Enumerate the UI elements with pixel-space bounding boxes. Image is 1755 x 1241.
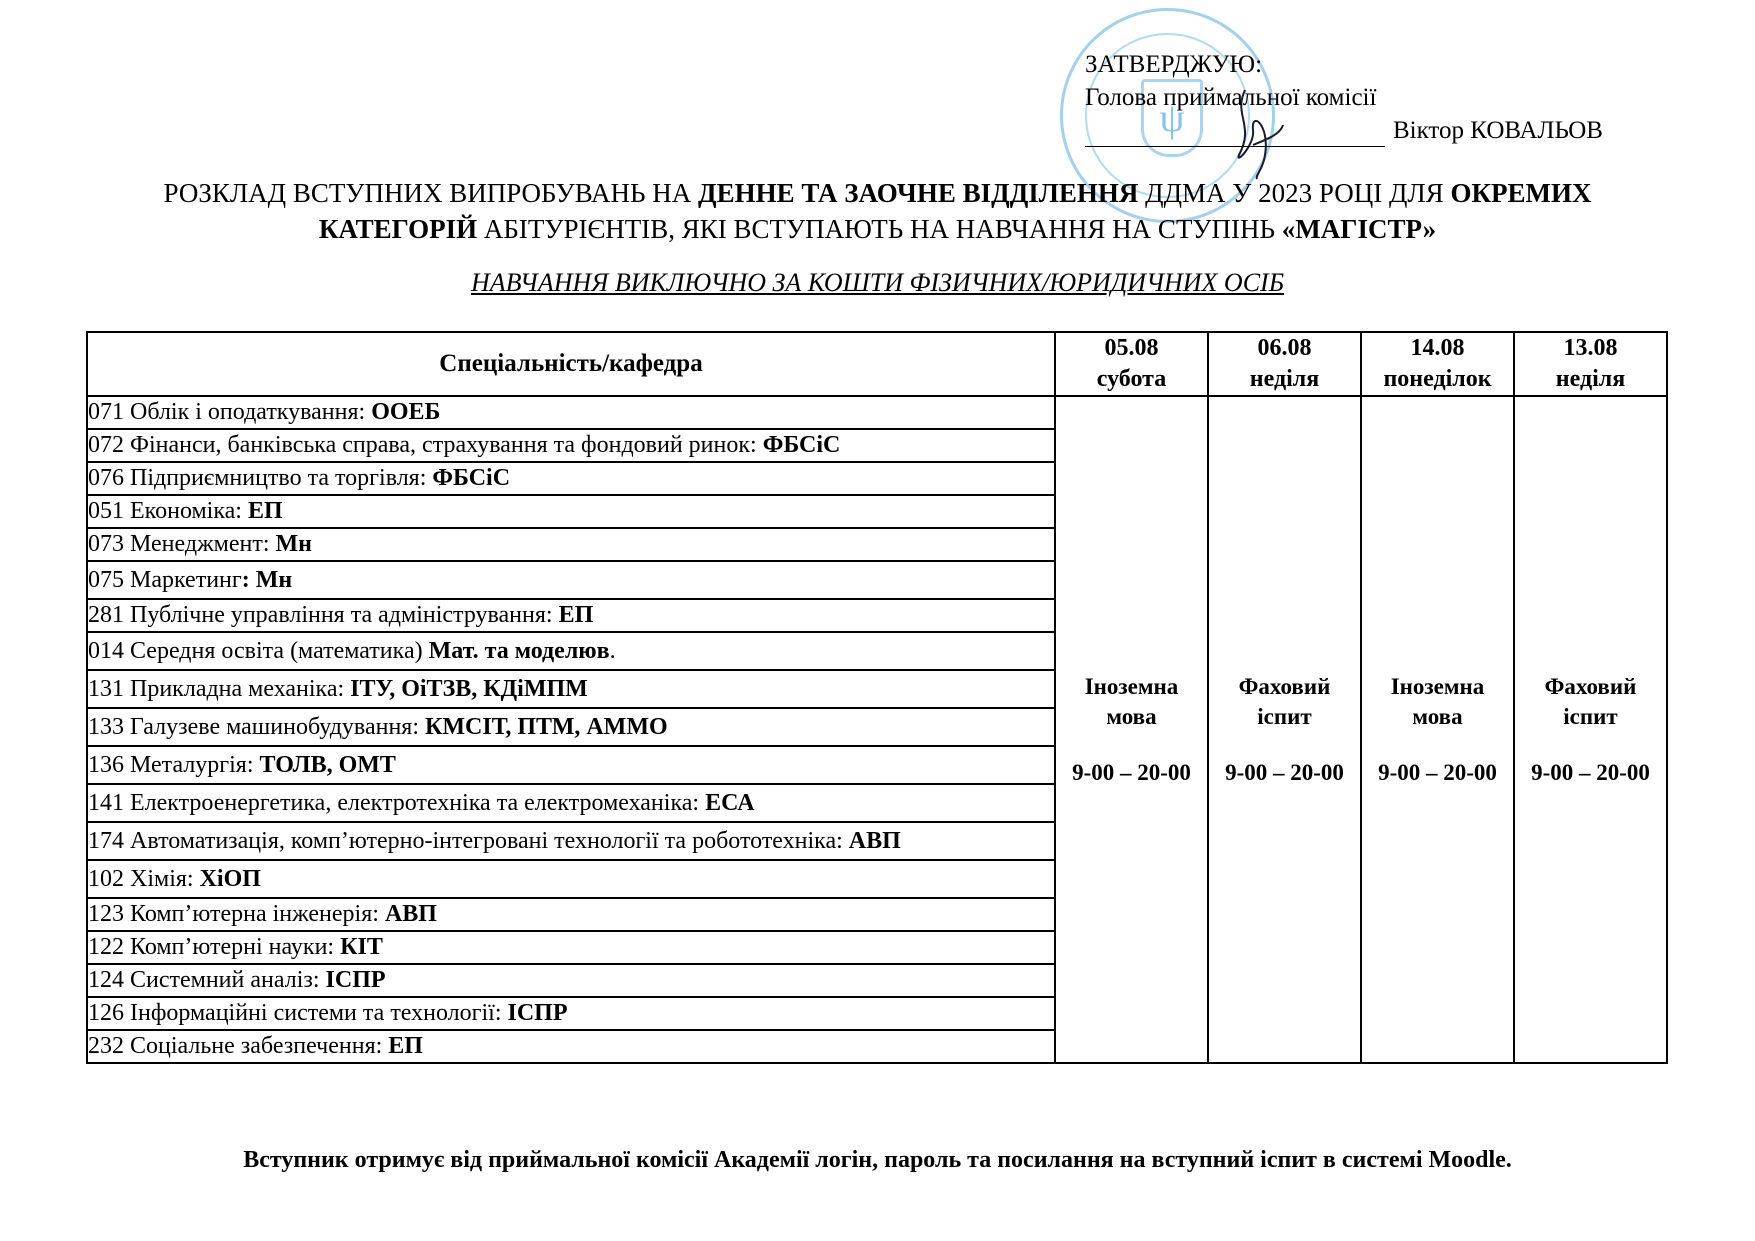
spec-column-header: Спеціальність/кафедра (87, 332, 1055, 396)
specialty-cell: 051 Економіка: ЕП (87, 495, 1055, 528)
specialty-name: 102 Хімія: (88, 866, 200, 892)
specialty-cell: 102 Хімія: ХіОП (87, 860, 1055, 898)
table-row: 071 Облік і оподаткування: ООЕБІноземнам… (87, 396, 1667, 429)
title-text: ДДМА У 2023 РОЦІ ДЛЯ (1138, 178, 1450, 208)
exam-cell: Фаховийіспит9-00 – 20-00 (1208, 396, 1361, 1063)
specialty-name: 075 Маркетинг (88, 567, 242, 593)
specialty-name: 014 Середня освіта (математика) (88, 638, 429, 664)
department-code: ФБСіС (432, 465, 510, 491)
specialty-name: 281 Публічне управління та адмініструван… (88, 602, 559, 628)
specialty-cell: 232 Соціальне забезпечення: ЕП (87, 1030, 1055, 1063)
specialty-cell: 126 Інформаційні системи та технології: … (87, 997, 1055, 1030)
date-column-header: 14.08понеділок (1361, 332, 1514, 396)
department-code: ІТУ, ОіТЗВ, КДіМПМ (350, 676, 588, 702)
department-code: ЕП (388, 1033, 423, 1059)
title-text: РОЗКЛАД ВСТУПНИХ ВИПРОБУВАНЬ НА (163, 178, 698, 208)
exam-cell: Іноземнамова9-00 – 20-00 (1361, 396, 1514, 1063)
exam-cell: Іноземнамова9-00 – 20-00 (1055, 396, 1208, 1063)
specialty-cell: 174 Автоматизація, комп’ютерно-інтегрова… (87, 822, 1055, 860)
approval-block: ЗАТВЕРДЖУЮ: Голова приймальної комісії В… (1085, 48, 1603, 147)
specialty-cell: 281 Публічне управління та адмініструван… (87, 599, 1055, 632)
department-code: АВП (385, 901, 437, 927)
specialty-cell: 122 Комп’ютерні науки: КІТ (87, 931, 1055, 964)
title-bold: КАТЕГОРІЙ (319, 214, 477, 244)
date-column-header: 13.08неділя (1514, 332, 1667, 396)
schedule-table: Спеціальність/кафедра 05.08субота 06.08н… (86, 331, 1668, 1064)
approver-position: Голова приймальної комісії (1085, 81, 1603, 114)
title-text: АБІТУРІЄНТІВ, ЯКІ ВСТУПАЮТЬ НА НАВЧАННЯ … (477, 214, 1282, 244)
department-code: : Мн (242, 567, 292, 593)
specialty-cell: 141 Електроенергетика, електротехніка та… (87, 784, 1055, 822)
specialty-name: 131 Прикладна механіка: (88, 676, 350, 702)
specialty-cell: 136 Металургія: ТОЛВ, ОМТ (87, 746, 1055, 784)
specialty-cell: 075 Маркетинг: Мн (87, 561, 1055, 599)
specialty-name: 051 Економіка: (88, 498, 248, 524)
date-column-header: 06.08неділя (1208, 332, 1361, 396)
exam-time: 9-00 – 20-00 (1209, 758, 1360, 788)
approve-label: ЗАТВЕРДЖУЮ: (1085, 48, 1603, 81)
specialty-cell: 124 Системний аналіз: ІСПР (87, 964, 1055, 997)
exam-time: 9-00 – 20-00 (1362, 758, 1513, 788)
date-column-header: 05.08субота (1055, 332, 1208, 396)
specialty-name: 136 Металургія: (88, 752, 260, 778)
exam-type: Фаховийіспит (1239, 674, 1331, 729)
specialty-name: 124 Системний аналіз: (88, 967, 326, 993)
footer-note: Вступник отримує від приймальної комісії… (0, 1147, 1755, 1174)
funding-subtitle: НАВЧАННЯ ВИКЛЮЧНО ЗА КОШТИ ФІЗИЧНИХ/ЮРИД… (0, 268, 1755, 298)
department-code: ЕП (559, 602, 594, 628)
department-code: КМСІТ, ПТМ, АММО (425, 714, 668, 740)
specialty-cell: 131 Прикладна механіка: ІТУ, ОіТЗВ, КДіМ… (87, 670, 1055, 708)
specialty-cell: 014 Середня освіта (математика) Мат. та … (87, 632, 1055, 670)
specialty-name: 072 Фінанси, банківська справа, страхува… (88, 432, 763, 458)
exam-type: Фаховийіспит (1545, 674, 1637, 729)
signature-line (1085, 122, 1385, 147)
department-code: Мн (276, 531, 312, 557)
department-code: ІСПР (508, 1000, 568, 1026)
specialty-name: 076 Підприємництво та торгівля: (88, 465, 432, 491)
approver-name: Віктор КОВАЛЬОВ (1393, 114, 1603, 147)
department-code: ЕП (248, 498, 283, 524)
specialty-cell: 076 Підприємництво та торгівля: ФБСіС (87, 462, 1055, 495)
document-title: РОЗКЛАД ВСТУПНИХ ВИПРОБУВАНЬ НА ДЕННЕ ТА… (0, 175, 1755, 247)
title-bold: ДЕННЕ ТА ЗАОЧНЕ ВІДДІЛЕННЯ (698, 178, 1138, 208)
title-bold: ОКРЕМИХ (1450, 178, 1591, 208)
specialty-name: 141 Електроенергетика, електротехніка та… (88, 790, 705, 816)
specialty-cell: 133 Галузеве машинобудування: КМСІТ, ПТМ… (87, 708, 1055, 746)
specialty-name: 071 Облік і оподаткування: (88, 399, 371, 425)
specialty-cell: 123 Комп’ютерна інженерія: АВП (87, 898, 1055, 931)
specialty-cell: 071 Облік і оподаткування: ООЕБ (87, 396, 1055, 429)
department-code: Мат. та моделюв (429, 638, 610, 664)
department-code: ФБСіС (763, 432, 841, 458)
specialty-cell: 073 Менеджмент: Мн (87, 528, 1055, 561)
specialty-name: 126 Інформаційні системи та технології: (88, 1000, 508, 1026)
exam-cell: Фаховийіспит9-00 – 20-00 (1514, 396, 1667, 1063)
exam-type: Іноземнамова (1085, 674, 1179, 729)
department-code: ТОЛВ, ОМТ (260, 752, 396, 778)
department-code: ЕСА (705, 790, 754, 816)
department-code: КІТ (340, 934, 383, 960)
exam-time: 9-00 – 20-00 (1056, 758, 1207, 788)
specialty-name: 174 Автоматизація, комп’ютерно-інтегрова… (88, 828, 849, 854)
specialty-name: 123 Комп’ютерна інженерія: (88, 901, 385, 927)
specialty-name: 232 Соціальне забезпечення: (88, 1033, 388, 1059)
specialty-cell: 072 Фінанси, банківська справа, страхува… (87, 429, 1055, 462)
department-code: ООЕБ (371, 399, 440, 425)
department-code: АВП (849, 828, 901, 854)
exam-type: Іноземнамова (1391, 674, 1485, 729)
specialty-suffix: . (610, 638, 616, 664)
department-code: ІСПР (326, 967, 386, 993)
specialty-name: 122 Комп’ютерні науки: (88, 934, 340, 960)
department-code: ХіОП (200, 866, 261, 892)
specialty-name: 073 Менеджмент: (88, 531, 276, 557)
title-bold: «МАГІСТР» (1282, 214, 1436, 244)
exam-time: 9-00 – 20-00 (1515, 758, 1666, 788)
specialty-name: 133 Галузеве машинобудування: (88, 714, 425, 740)
